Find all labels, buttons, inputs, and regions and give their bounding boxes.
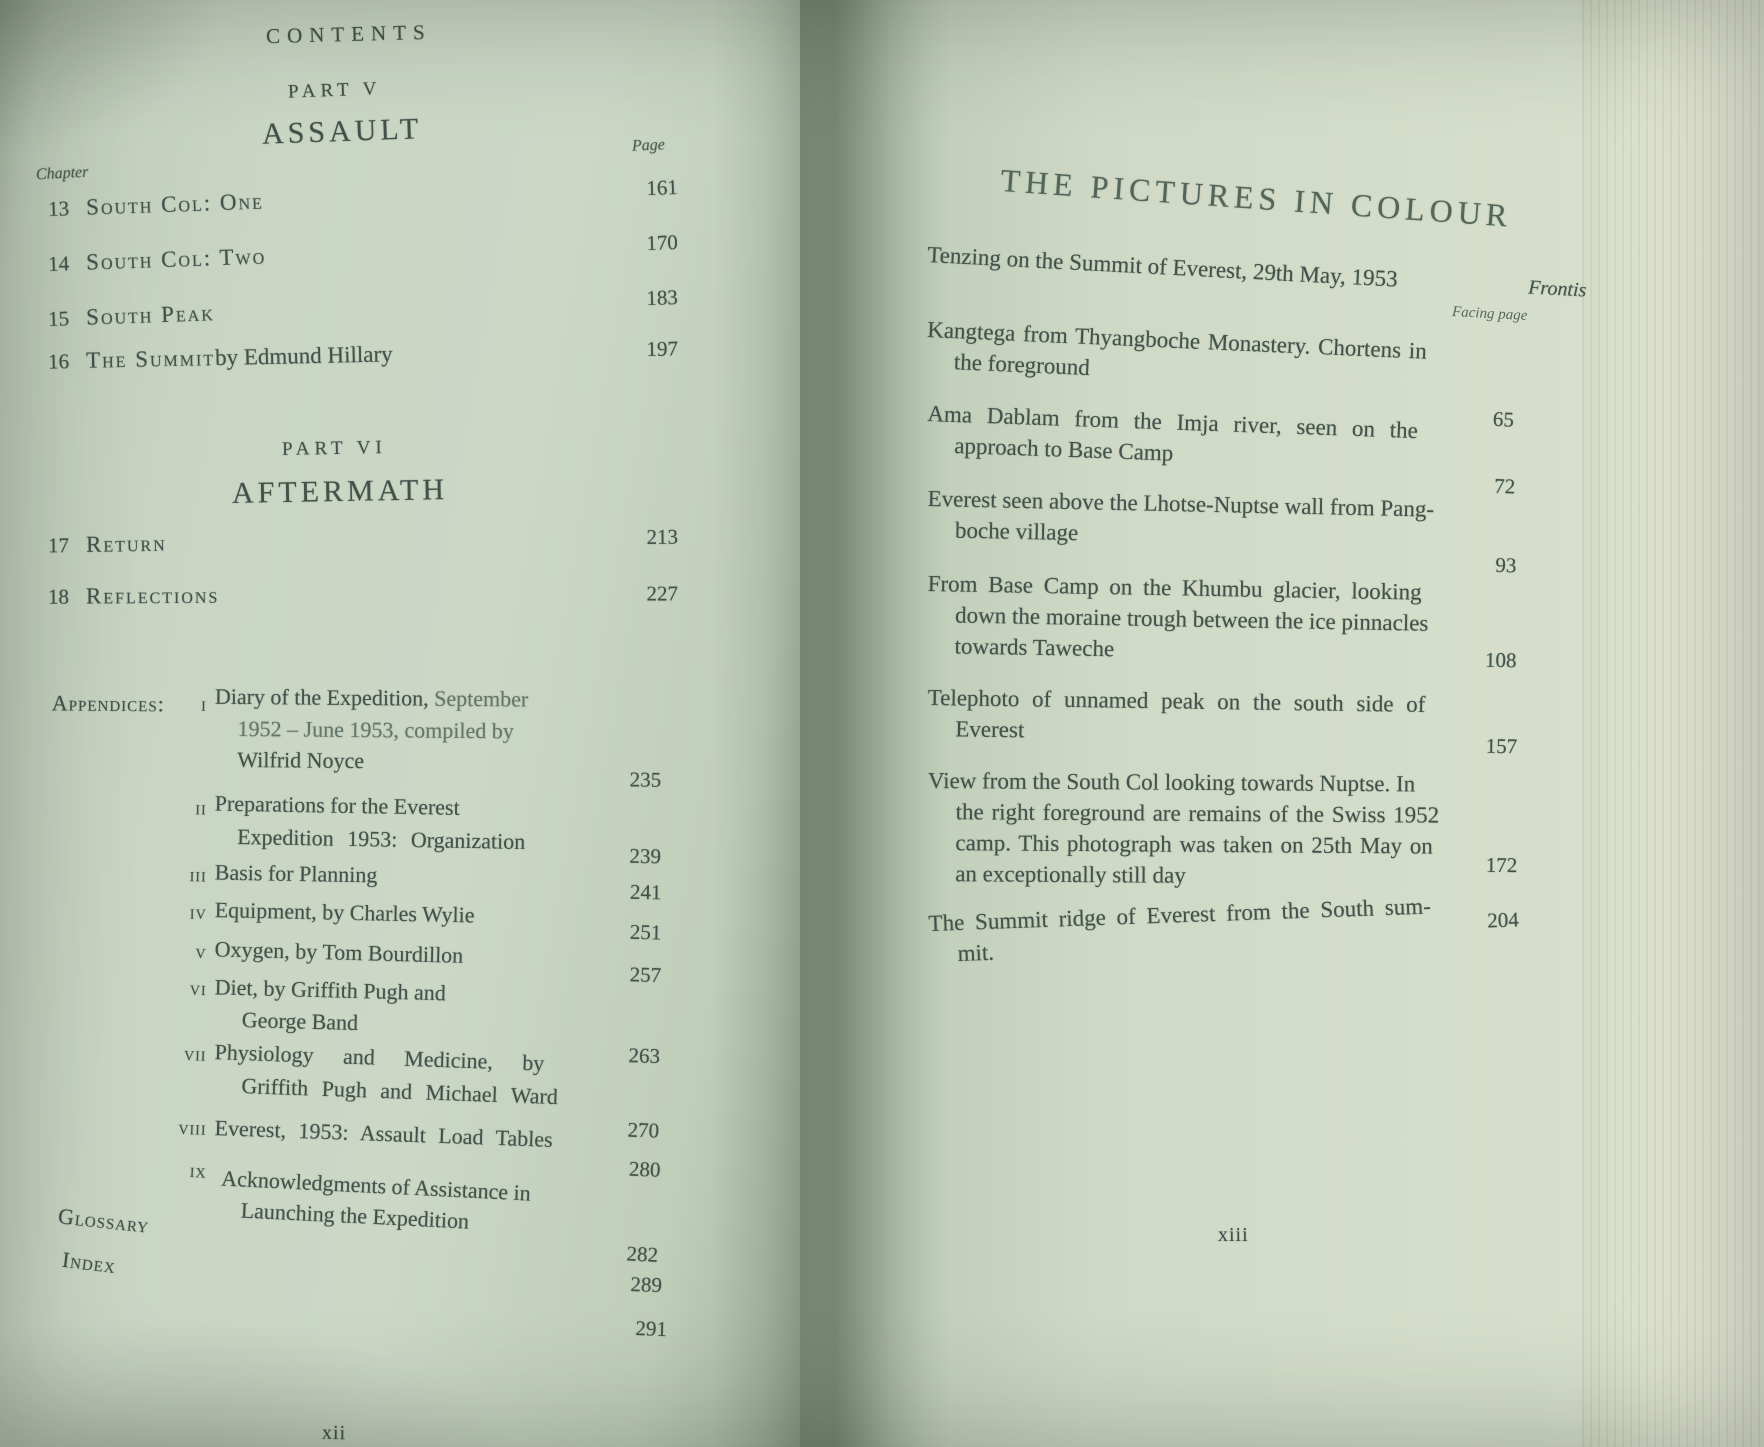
chapter-number: 17 bbox=[48, 533, 86, 559]
page-number: 280 bbox=[598, 1156, 661, 1183]
page-number: 227 bbox=[646, 581, 678, 606]
chapter-title-author: by Edmund Hillary bbox=[215, 341, 393, 371]
appendix-numeral: v bbox=[149, 940, 207, 964]
plate-entry: View from the South Col looking towards … bbox=[927, 765, 1520, 893]
chapter-row: 18 Reflections 227 bbox=[48, 580, 678, 609]
appendix-line: George Band bbox=[242, 1007, 359, 1036]
folio-xii: xii bbox=[322, 1422, 347, 1445]
part-v-label: PART V bbox=[288, 78, 382, 103]
page-number: 183 bbox=[646, 285, 678, 311]
page-number: 239 bbox=[599, 843, 661, 869]
page-number: 213 bbox=[646, 525, 678, 550]
page-number: 251 bbox=[599, 919, 662, 945]
chapter-number: 13 bbox=[48, 196, 87, 222]
plate-caption-line: camp. This photograph was taken on 25th … bbox=[955, 827, 1519, 862]
chapter-number: 15 bbox=[48, 306, 87, 332]
page-number: 257 bbox=[599, 961, 662, 988]
page-number: 241 bbox=[599, 879, 661, 905]
open-book-photo: CONTENTS PART V ASSAULT Page Chapter 13 … bbox=[0, 0, 1764, 1447]
appendix-numeral: i bbox=[150, 693, 207, 716]
page-number: 235 bbox=[599, 767, 661, 793]
plate-caption-line: View from the South Col looking towards … bbox=[928, 765, 1520, 800]
page-number: 204 bbox=[1458, 907, 1519, 934]
plate-caption-line: the right foreground are remains of the … bbox=[956, 796, 1520, 831]
plate-entry: Everest seen above the Lhotse-Nuptse wal… bbox=[927, 483, 1520, 557]
chapter-number: 14 bbox=[48, 251, 87, 277]
page-number: 291 bbox=[605, 1315, 668, 1342]
plate-entry: Telephoto of unnamed peak on the south s… bbox=[927, 682, 1520, 752]
page-number: 172 bbox=[1457, 853, 1517, 878]
page-column-label: Page bbox=[632, 136, 665, 155]
page-number: 93 bbox=[1456, 552, 1517, 578]
frontispiece-page-label: Frontis bbox=[1528, 276, 1587, 302]
appendix-line: Equipment, by Charles Wylie bbox=[214, 897, 474, 928]
chapter-number: 18 bbox=[48, 584, 86, 609]
chapter-column-label: Chapter bbox=[36, 164, 89, 185]
page-number: 157 bbox=[1457, 733, 1517, 759]
appendix-line: Diary of the Expedition, September bbox=[215, 684, 529, 713]
appendix-numeral: iv bbox=[149, 901, 206, 925]
page-number: 289 bbox=[600, 1271, 663, 1298]
chapter-title: Return bbox=[86, 531, 167, 558]
book-fore-edge bbox=[1582, 0, 1764, 1447]
part-v-title: ASSAULT bbox=[261, 112, 422, 152]
plate-entry: From Base Camp on the Khumbu glacier, lo… bbox=[926, 568, 1520, 671]
contents-header: CONTENTS bbox=[266, 20, 432, 49]
appendix-line: 1952 – June 1953, compiled by bbox=[237, 716, 513, 744]
appendix-line: Preparations for the Everest bbox=[215, 791, 460, 821]
appendices-label: Appendices: bbox=[52, 690, 165, 717]
page-number: 263 bbox=[598, 1042, 661, 1069]
appendix-numeral: vi bbox=[149, 977, 207, 1001]
page-number: 161 bbox=[646, 175, 678, 201]
appendix-numeral: ix bbox=[149, 1158, 207, 1184]
part-vi-title: AFTERMATH bbox=[232, 473, 449, 511]
part-vi-label: PART VI bbox=[282, 437, 387, 461]
appendix-numeral: vii bbox=[149, 1042, 207, 1067]
appendix-numeral: ii bbox=[150, 796, 207, 820]
appendix-numeral: viii bbox=[149, 1116, 207, 1141]
appendix-line: Expedition 1953: Organization bbox=[237, 824, 526, 855]
appendix-line: Wilfrid Noyce bbox=[237, 747, 364, 774]
chapter-title: South Peak bbox=[86, 300, 215, 330]
chapter-title: Reflections bbox=[86, 583, 219, 610]
chapter-title: The Summit bbox=[86, 345, 216, 374]
appendix-numeral: iii bbox=[150, 863, 207, 887]
page-number: 197 bbox=[646, 336, 678, 362]
folio-xiii: xiii bbox=[1218, 1224, 1249, 1247]
chapter-number: 16 bbox=[48, 349, 87, 375]
appendix-line: Basis for Planning bbox=[215, 860, 378, 889]
page-number: 108 bbox=[1456, 647, 1516, 673]
page-number: 170 bbox=[646, 230, 678, 256]
book-gutter-shadow bbox=[712, 0, 950, 1447]
plate-caption-line: an exceptionally still day bbox=[955, 858, 1519, 893]
page-number: 282 bbox=[596, 1240, 659, 1268]
page-number: 270 bbox=[597, 1117, 660, 1144]
